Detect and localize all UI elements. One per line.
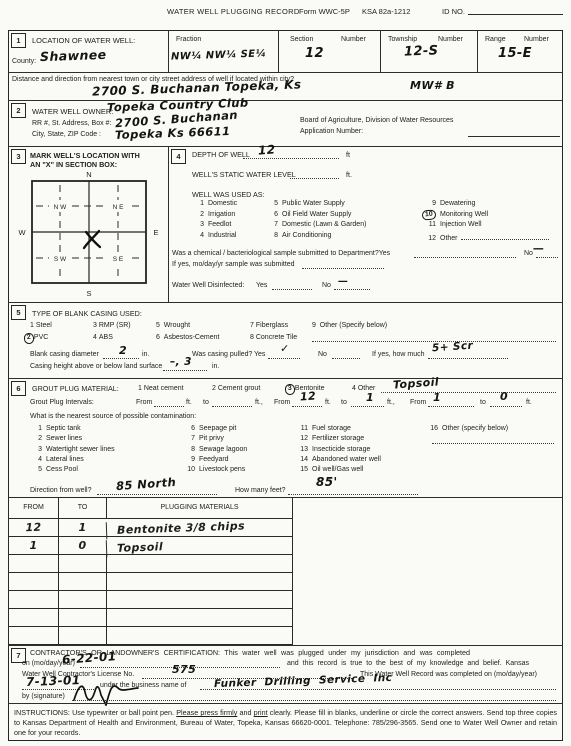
option-label: Fertilizer storage <box>312 435 364 442</box>
well-location-x-mark <box>84 231 100 248</box>
option-number: 3 <box>194 221 204 228</box>
option-label: ABS <box>99 334 113 341</box>
chem-no-mark: — <box>533 242 544 255</box>
option-label: Livestock pens <box>199 466 245 473</box>
option-number: 1 <box>30 322 34 329</box>
option-label: Watertight sewer lines <box>46 446 115 453</box>
option-number: 15 <box>294 466 308 473</box>
table-row <box>9 626 292 644</box>
hand-drawn-circle: 10 <box>422 209 437 220</box>
interval3-from-label: From <box>410 399 426 407</box>
compass-n-label: N <box>86 170 91 179</box>
option-number: 8 <box>268 232 278 239</box>
interval2-ftcomma-label: ft., <box>387 399 395 407</box>
contam-option-other: 16Other (specify below) <box>424 425 508 435</box>
section-3-number: 3 <box>11 149 26 164</box>
rule-line <box>8 645 563 646</box>
contam-option-seepage: 6Seepage pit <box>185 425 247 435</box>
id-no-label: ID NO. <box>442 7 465 16</box>
instructions-underline2: print <box>254 708 268 717</box>
table-row <box>9 554 292 572</box>
casing-option-other: 9 Other (Specify below) <box>312 322 387 330</box>
option-label: Insecticide storage <box>312 446 370 453</box>
depth-dotted-line <box>243 158 339 159</box>
hand-drawn-circle: 2 <box>24 333 35 345</box>
option-label: Feedyard <box>199 456 229 463</box>
option-label: Sewage lagoon <box>199 446 247 453</box>
casing-height-label: Casing height above or below land surfac… <box>30 363 162 371</box>
cell-material <box>106 609 292 626</box>
casing-option-wrought: 5 Wrought <box>156 322 190 330</box>
option-number: 13 <box>294 446 308 453</box>
casing-option-rmp: 3 RMP (SR) <box>93 322 131 330</box>
section-6-title: GROUT PLUG MATERIAL: <box>32 384 119 393</box>
option-number: 11 <box>422 221 436 228</box>
compass-w-label: W <box>18 228 26 237</box>
static-dotted-line <box>290 178 339 179</box>
option-number: 5 <box>32 466 42 473</box>
sample-date-dotted-line <box>302 268 384 269</box>
well-was-used-as-label: WELL WAS USED AS: <box>192 190 265 199</box>
cell-material <box>106 627 292 644</box>
contam-option-fuel: 11Fuel storage <box>294 425 381 435</box>
instructions-text: INSTRUCTIONS: Use typewriter or ball poi… <box>14 708 557 739</box>
rule-line <box>8 378 563 379</box>
option-label: Dewatering <box>440 200 475 207</box>
option-label: Oil well/Gas well <box>312 466 363 473</box>
static-ft-label: ft. <box>346 170 352 179</box>
depth-ft-label: ft <box>346 150 350 159</box>
interval1-from-dotted <box>154 406 184 407</box>
option-number: 1 <box>194 200 204 207</box>
option-number: 5 <box>156 322 160 329</box>
interval3-to-dotted <box>490 406 522 407</box>
form-title: WATER WELL PLUGGING RECORD <box>167 7 300 16</box>
contam-option-sewer: 2Sewer lines <box>32 435 115 445</box>
interval3-ft-label: ft. <box>526 399 532 407</box>
form-number: Form WWC-5P <box>299 7 350 16</box>
option-label: Other (Specify below) <box>320 322 387 329</box>
option-number: 4 <box>194 232 204 239</box>
grout-option-cement-grout: 2 Cement grout <box>212 385 260 393</box>
option-number: 8 <box>185 446 195 453</box>
rule-line <box>8 72 563 73</box>
casing-diameter-label: Blank casing diameter <box>30 351 99 359</box>
contam-option-fertilizer: 12Fertilizer storage <box>294 435 381 445</box>
interval2-to-label: to <box>341 399 347 407</box>
township-value: 12-S <box>404 43 439 59</box>
section-1-title: LOCATION OF WATER WELL: <box>32 36 135 45</box>
pulled-no-dotted-line <box>332 358 360 359</box>
grout-option-neat-cement: 1 Neat cement <box>138 385 184 393</box>
rule-line <box>380 30 381 72</box>
option-label: Lateral lines <box>46 456 84 463</box>
option-number: 2 <box>212 385 216 392</box>
interval2-to-dotted <box>351 406 384 407</box>
interval3-from-dotted <box>428 406 474 407</box>
interval1-to-dotted <box>212 406 252 407</box>
direction-from-well-label: Direction from well? <box>30 487 91 495</box>
interval3-to-label: to <box>480 399 486 407</box>
option-number: 1 <box>138 385 142 392</box>
cell-from: 1 <box>9 537 58 554</box>
option-label: Concrete Tile <box>256 334 297 341</box>
id-no-blank-line <box>468 14 563 15</box>
casing-option-abs: 4 ABS <box>93 334 113 342</box>
contam-option-lateral: 4Lateral lines <box>32 456 115 466</box>
option-number: 5 <box>268 200 278 207</box>
option-label: Public Water Supply <box>282 200 345 207</box>
board-of-agriculture-label: Board of Agriculture, Division of Water … <box>300 117 453 125</box>
contamination-column-1: 1Septic tank 2Sewer lines 3Watertight se… <box>32 425 115 476</box>
ksa-statute: KSA 82a-1212 <box>362 7 410 16</box>
option-label: Oil Field Water Supply <box>282 211 351 218</box>
contam-option-livestock: 10Livestock pens <box>185 466 247 476</box>
rule-line <box>278 30 279 72</box>
section-5-number: 5 <box>11 305 26 320</box>
option-label: Air Conditioning <box>282 232 331 239</box>
range-label: Range <box>485 36 506 44</box>
contam-other-dotted-line <box>432 443 554 444</box>
option-label: Other <box>440 235 458 242</box>
option-label: Pit privy <box>199 435 224 442</box>
county-label: County: <box>12 58 36 66</box>
option-number: 8 <box>250 334 254 341</box>
table-row <box>9 608 292 626</box>
interval1-ft-label: ft. <box>186 399 192 407</box>
option-label: PVC <box>34 334 48 341</box>
cell-to <box>58 573 106 590</box>
option-number: 11 <box>294 425 308 432</box>
option-label: Injection Well <box>440 221 482 228</box>
option-label: Other (specify below) <box>442 425 508 432</box>
option-number: 4 <box>93 334 97 341</box>
cell-from <box>9 555 58 572</box>
option-label: Irrigation <box>208 211 235 218</box>
cell-from <box>9 627 58 644</box>
use-option-feedlot: 3Feedlot <box>194 221 237 232</box>
cell-from: 12 <box>9 518 59 537</box>
col-header-to: TO <box>58 498 106 518</box>
uses-column-2: 5Public Water Supply 6Oil Field Water Su… <box>268 200 366 242</box>
option-number: 3 <box>32 446 42 453</box>
how-much-dotted-line <box>428 358 508 359</box>
instructions-part1: INSTRUCTIONS: Use typewriter or ball poi… <box>14 708 176 717</box>
pulled-yes-dotted-line <box>268 358 300 359</box>
disinfected-no-mark: — <box>338 276 348 287</box>
option-label: Fiberglass <box>256 322 288 329</box>
contamination-column-3: 11Fuel storage 12Fertilizer storage 13In… <box>294 425 381 476</box>
contam-option-watertight: 3Watertight sewer lines <box>32 446 115 456</box>
rule-line <box>8 100 563 101</box>
section-label: Section <box>290 36 313 44</box>
cell-material <box>106 573 292 590</box>
col-header-materials: PLUGGING MATERIALS <box>106 498 292 518</box>
pulled-yes-mark: ✓ <box>280 342 290 355</box>
option-label: Sewer lines <box>46 435 82 442</box>
quadrant-nw-label: N W <box>54 204 68 211</box>
cell-to: 1 <box>58 519 106 536</box>
option-number: 3 <box>93 322 97 329</box>
option-number: 9 <box>185 456 195 463</box>
interval1-ftcomma-label: ft., <box>255 399 263 407</box>
option-number: 16 <box>424 425 438 432</box>
uses-column-1: 1Domestic 2Irrigation 3Feedlot 4Industri… <box>194 200 237 242</box>
option-number: 9 <box>312 322 316 329</box>
section-location-grid: N S W E N W N E S W S E <box>14 168 164 300</box>
casing-option-pvc-selected: 2PVC <box>27 334 48 344</box>
dotted-line <box>461 232 549 240</box>
option-label: Abandoned water well <box>312 456 381 463</box>
license-value: 575 <box>172 663 196 676</box>
signature-label: by (signature) <box>22 693 65 701</box>
section-6-number: 6 <box>11 381 26 396</box>
uses-column-3: 9Dewatering 10Monitoring Well 11Injectio… <box>422 200 549 242</box>
option-label: Industrial <box>208 232 236 239</box>
section-value: 12 <box>305 46 324 61</box>
option-label: RMP (SR) <box>99 322 131 329</box>
use-option-dewatering: 9Dewatering <box>422 200 549 211</box>
table-row <box>9 572 292 590</box>
option-label: Fuel storage <box>312 425 351 432</box>
interval2-from-value: 12 <box>300 389 317 403</box>
distance-note-value: MW# B <box>410 79 455 92</box>
option-number: 7 <box>268 221 278 228</box>
direction-dotted-line <box>97 494 217 495</box>
cell-to <box>58 609 106 626</box>
section-2-number: 2 <box>11 103 26 118</box>
diameter-in-label: in. <box>142 351 149 359</box>
use-option-domestic-lawn: 7Domestic (Lawn & Garden) <box>268 221 366 232</box>
option-number: 7 <box>185 435 195 442</box>
cell-to: 0 <box>58 537 106 554</box>
use-option-injection-well: 11Injection Well <box>422 221 549 232</box>
static-water-level-label: WELL'S STATIC WATER LEVEL <box>192 170 296 179</box>
use-option-public-water: 5Public Water Supply <box>268 200 366 211</box>
casing-option-fiberglass: 7 Fiberglass <box>250 322 288 330</box>
grout-other-dotted-line <box>381 392 556 393</box>
section-5-title: TYPE OF BLANK CASING USED: <box>32 309 142 318</box>
use-option-other: 12Other <box>422 232 549 243</box>
plugging-materials-table: FROM TO PLUGGING MATERIALS 12 1 Bentonit… <box>8 497 293 645</box>
city-state-zip-label: City, State, ZIP Code : <box>32 131 101 139</box>
option-label: Asbestos-Cement <box>164 334 220 341</box>
circled-option-number: 10 <box>422 211 436 220</box>
pulled-no-label: No <box>318 351 327 359</box>
cell-material <box>106 555 292 572</box>
interval2-ft-label: ft. <box>325 399 331 407</box>
cell-from <box>9 609 58 626</box>
option-number: 2 <box>194 211 204 218</box>
instructions-part2: and <box>237 708 253 717</box>
use-option-irrigation: 2Irrigation <box>194 211 237 222</box>
feet-dotted-line <box>288 494 418 495</box>
option-number: 6 <box>185 425 195 432</box>
use-option-oil-field: 6Oil Field Water Supply <box>268 211 366 222</box>
cell-material <box>106 591 292 608</box>
pulled-yes-label: Yes <box>254 351 265 359</box>
option-label: Cess Pool <box>46 466 78 473</box>
table-row: 12 1 Bentonite 3/8 chips <box>9 518 292 536</box>
chem-no-label: No <box>524 250 533 258</box>
disinfected-no-label: No <box>322 282 331 290</box>
chem-sample-question: Was a chemical / bacteriological sample … <box>172 250 390 258</box>
height-value: –, 3 <box>170 356 192 368</box>
quadrant-sw-label: S W <box>54 256 67 263</box>
diameter-value: 2 <box>119 344 127 357</box>
option-label: Feedlot <box>208 221 231 228</box>
option-label: Wrought <box>164 322 190 329</box>
quadrant-se-label: S E <box>113 256 124 263</box>
use-option-industrial: 4Industrial <box>194 232 237 243</box>
casing-option-asbestos: 6 Asbestos-Cement <box>156 334 219 342</box>
township-label: Township <box>388 36 417 44</box>
township-number-label: Number <box>438 36 463 44</box>
option-number: 9 <box>422 200 436 207</box>
section-3-title-line1: MARK WELL'S LOCATION WITH <box>30 151 140 160</box>
if-yes-sample-label: If yes, mo/day/yr sample was submitted <box>172 261 295 269</box>
instructions-box: INSTRUCTIONS: Use typewriter or ball poi… <box>8 703 563 741</box>
quadrant-ne-label: N E <box>113 204 125 211</box>
contamination-column-2: 6Seepage pit 7Pit privy 8Sewage lagoon 9… <box>185 425 247 476</box>
option-number: 1 <box>32 425 42 432</box>
rule-line <box>8 302 563 303</box>
section-4-number: 4 <box>171 149 186 164</box>
feet-value: 85' <box>316 475 338 489</box>
contam-option-septic: 1Septic tank <box>32 425 115 435</box>
disinfected-label: Water Well Disinfected: <box>172 282 244 290</box>
cell-to <box>58 555 106 572</box>
grout-intervals-label: Grout Plug Intervals: <box>30 399 94 407</box>
range-value: 15-E <box>498 46 532 61</box>
range-number-label: Number <box>524 36 549 44</box>
option-label: Neat cement <box>144 385 184 392</box>
interval2-from-dotted <box>292 406 322 407</box>
interval3-to-value: 0 <box>500 390 508 403</box>
instructions-underline1: Please press firmly <box>176 708 237 717</box>
interval3-from-value: 1 <box>433 391 441 404</box>
interval2-from-label: From <box>274 399 290 407</box>
casing-pulled-question: Was casing pulled? <box>192 351 252 359</box>
disinfected-yes-dotted-line <box>272 289 312 290</box>
option-number: 2 <box>32 435 42 442</box>
height-in-label: in. <box>212 363 219 371</box>
option-number: 4 <box>32 456 42 463</box>
cell-from <box>9 573 58 590</box>
interval1-to-label: to <box>203 399 209 407</box>
option-label: Cement grout <box>218 385 260 392</box>
county-value: Shawnee <box>40 47 107 64</box>
cell-to <box>58 627 106 644</box>
signature-dotted <box>72 700 556 701</box>
fraction-label: Fraction <box>176 36 201 44</box>
section-number-label: Number <box>341 36 366 44</box>
contam-option-feedyard: 9Feedyard <box>185 456 247 466</box>
casing-option-concrete: 8 Concrete Tile <box>250 334 297 342</box>
option-number: 10 <box>185 466 195 473</box>
compass-e-label: E <box>153 228 158 237</box>
section-2-title: WATER WELL OWNER: <box>32 107 113 116</box>
option-number: 14 <box>294 456 308 463</box>
option-number: 12 <box>422 235 436 242</box>
use-option-air-conditioning: 8Air Conditioning <box>268 232 366 243</box>
contamination-column-4: 16Other (specify below) <box>424 425 508 435</box>
how-much-label: If yes, how much <box>372 351 425 359</box>
compass-s-label: S <box>86 289 91 298</box>
option-label: Domestic <box>208 200 237 207</box>
contam-option-lagoon: 8Sewage lagoon <box>185 446 247 456</box>
depth-of-well-label: DEPTH OF WELL <box>192 150 250 159</box>
option-number: 7 <box>250 322 254 329</box>
option-label: Septic tank <box>46 425 81 432</box>
contam-option-insecticide: 13Insecticide storage <box>294 446 381 456</box>
scanned-form-page: WATER WELL PLUGGING RECORD Form WWC-5P K… <box>0 0 571 746</box>
address-label: RR #, St. Address, Box #: <box>32 120 111 128</box>
chem-yes-dotted-line <box>414 257 516 258</box>
rule-line <box>168 30 169 72</box>
cell-from <box>9 591 58 608</box>
option-label: Monitoring Well <box>440 211 488 218</box>
disinfected-yes-label: Yes <box>256 282 267 290</box>
application-number-label: Application Number: <box>300 128 363 136</box>
option-number: 6 <box>156 334 160 341</box>
application-number-blank <box>468 136 560 137</box>
height-dotted-line <box>163 370 207 371</box>
option-number: 4 <box>352 385 356 392</box>
business-name-dotted <box>200 689 556 690</box>
option-number: 6 <box>268 211 278 218</box>
option-number: 12 <box>294 435 308 442</box>
use-option-domestic: 1Domestic <box>194 200 237 211</box>
contamination-question: What is the nearest source of possible c… <box>30 413 196 421</box>
option-label: Seepage pit <box>199 425 236 432</box>
how-many-feet-label: How many feet? <box>235 487 286 495</box>
chem-no-dotted-line <box>536 257 558 258</box>
option-label: Domestic (Lawn & Garden) <box>282 221 366 228</box>
interval2-to-value: 1 <box>366 391 374 404</box>
interval1-from-label: From <box>136 399 152 407</box>
table-header-row: FROM TO PLUGGING MATERIALS <box>9 498 292 518</box>
casing-option-steel: 1 Steel <box>30 322 52 330</box>
option-label: Steel <box>36 322 52 329</box>
use-option-monitoring-well-selected: 10Monitoring Well <box>422 211 549 222</box>
certification-line2b: and this record is true to the best of m… <box>287 660 529 668</box>
diameter-dotted-line <box>103 358 139 359</box>
rule-line <box>8 146 563 147</box>
rule-line <box>168 146 169 302</box>
contam-option-cesspool: 5Cess Pool <box>32 466 115 476</box>
col-header-from: FROM <box>9 498 58 518</box>
table-row <box>9 590 292 608</box>
table-row: 1 0 Topsoil <box>9 536 292 554</box>
contam-option-privy: 7Pit privy <box>185 435 247 445</box>
cell-to <box>58 591 106 608</box>
rule-line <box>477 30 478 72</box>
hand-drawn-circle: 3 <box>285 384 296 396</box>
disinfected-no-dotted-line <box>334 289 370 290</box>
depth-value: 12 <box>258 142 276 157</box>
contam-option-abandoned: 14Abandoned water well <box>294 456 381 466</box>
section-1-number: 1 <box>11 33 26 48</box>
